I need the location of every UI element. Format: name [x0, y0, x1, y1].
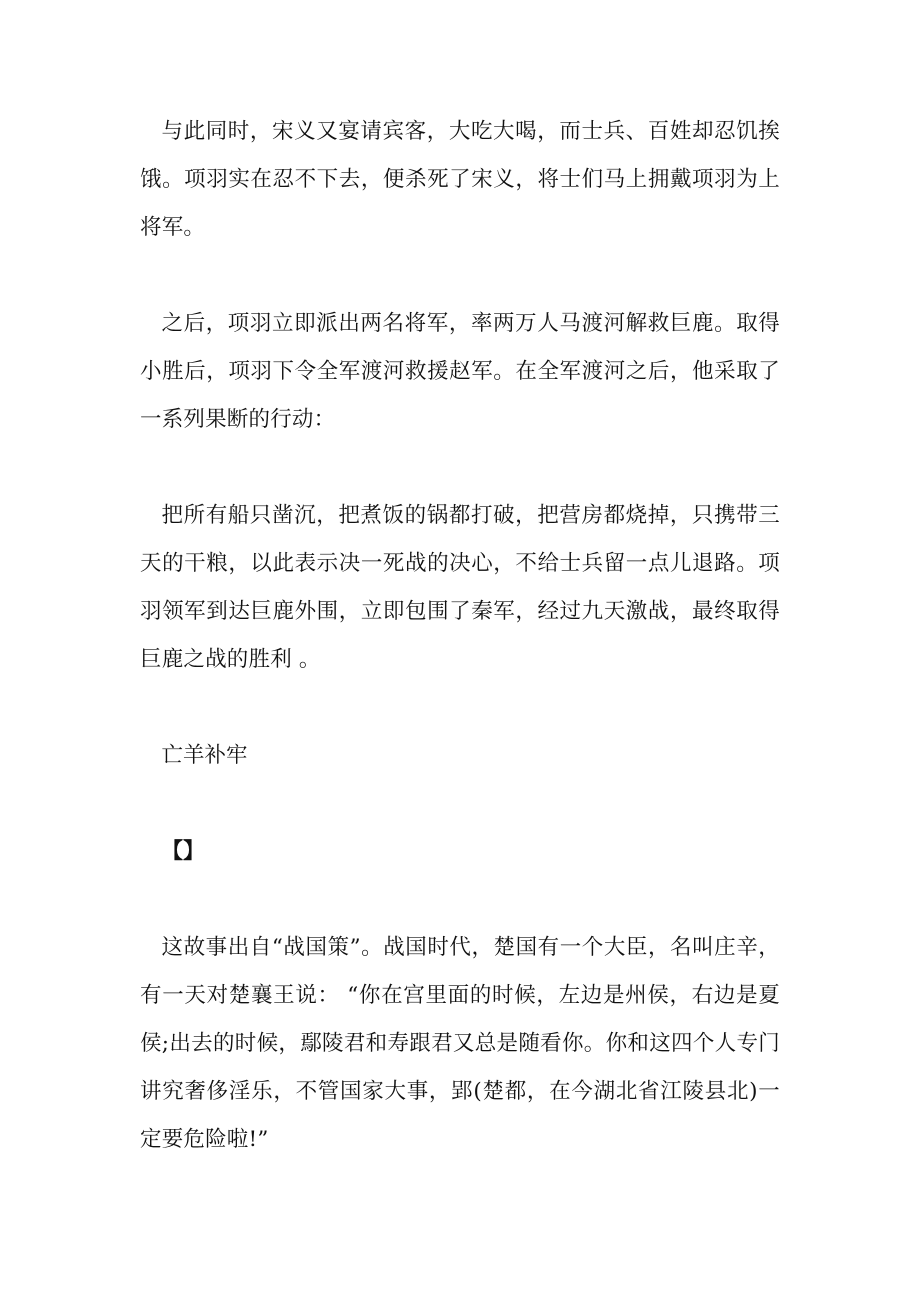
paragraph-spacer — [140, 780, 780, 828]
paragraph-song-yi: 与此同时，宋义又宴请宾客，大吃大喝，而士兵、百姓却忍饥挨饿。项羽实在忍不下去，便… — [140, 108, 780, 252]
paragraph-spacer — [140, 252, 780, 300]
paragraph-spacer — [140, 444, 780, 492]
section-title: 亡羊补牢 — [140, 732, 780, 780]
paragraph-julu-crossing: 之后，项羽立即派出两名将军，率两万人马渡河解救巨鹿。取得小胜后，项羽下令全军渡河… — [140, 300, 780, 444]
document-page: 与此同时，宋义又宴请宾客，大吃大喝，而士兵、百姓却忍饥挨饿。项羽实在忍不下去，便… — [140, 108, 780, 1164]
section-marker: 【】 — [140, 828, 780, 876]
paragraph-sink-boats: 把所有船只凿沉，把煮饭的锅都打破，把营房都烧掉，只携带三天的干粮，以此表示决一死… — [140, 492, 780, 684]
paragraph-spacer — [140, 684, 780, 732]
paragraph-zhuang-xin: 这故事出自“战国策”。战国时代，楚国有一个大臣，名叫庄辛，有一天对楚襄王说： “… — [140, 924, 780, 1164]
paragraph-spacer — [140, 876, 780, 924]
